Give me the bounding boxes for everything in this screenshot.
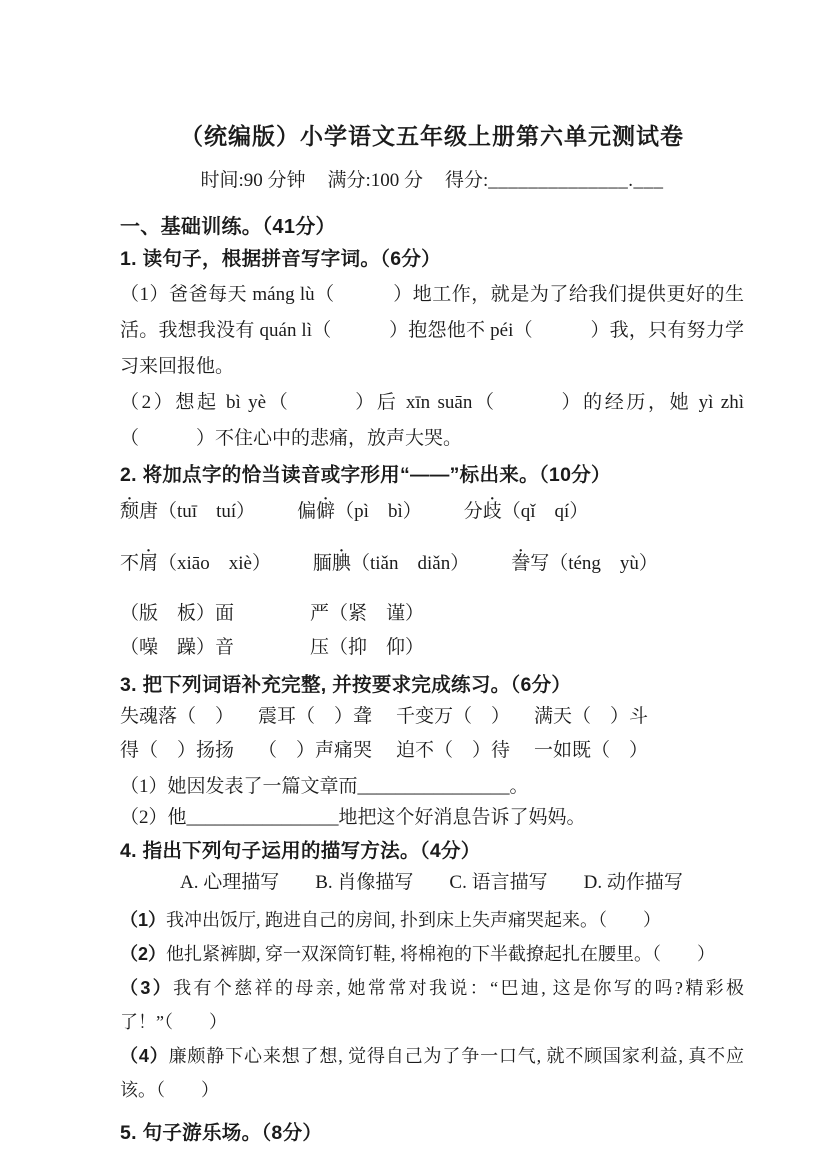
- meta-score: 得分:______________.___: [445, 170, 664, 191]
- q3-word: 满天（ ）斗: [534, 703, 648, 730]
- q3-item-2: （2）他________________地把这个好消息告诉了妈妈。: [120, 802, 744, 833]
- q3-item-1: （1）她因发表了一篇文章而________________。: [120, 771, 744, 802]
- meta-score-blank: ______________.___: [488, 170, 663, 191]
- q4-item-number: （4）: [120, 1046, 169, 1066]
- q3-word: 千变万（ ）: [396, 703, 510, 730]
- q2-word: 严（紧 谨）: [310, 601, 424, 627]
- dot-above-mark: 颓: [120, 497, 139, 527]
- paper-meta-line: 时间:90 分钟满分:100 分得分:______________.___: [120, 165, 744, 192]
- q4-option-c: C. 语言描写: [449, 869, 547, 896]
- dot-above-mark: 腆: [332, 549, 351, 579]
- q2-word: （版 板）面: [120, 601, 310, 627]
- q3-word-row-2: 得（ ）扬扬 （ ）声痛哭 迫不（ ）待 一如既（ ）: [120, 737, 744, 764]
- q3-word: 震耳（ ）聋: [258, 703, 372, 730]
- q4-heading: 4. 指出下列句子运用的描写方法。（4分）: [120, 835, 744, 863]
- q3-heading: 3. 把下列词语补充完整, 并按要求完成练习。（6分）: [120, 669, 744, 697]
- q4-item-3: （3）我有个慈祥的母亲, 她常常对我说：“巴迪, 这是你写的吗?精彩极了！”（ …: [120, 971, 744, 1039]
- q4-item-2: （2）他扎紧裤脚, 穿一双深筒钉鞋, 将棉袍的下半截撩起扎在腰里。（ ）: [120, 937, 744, 971]
- q3-word-row-1: 失魂落（ ） 震耳（ ）聋 千变万（ ） 满天（ ）斗: [120, 703, 744, 730]
- q2-word: 颓唐（tuī tuí）: [120, 497, 255, 527]
- q3-word: 迫不（ ）待: [396, 737, 510, 764]
- q4-item-4: （4）廉颇静下心来想了想, 觉得自己为了争一口气, 就不顾国家利益, 真不应该。…: [120, 1039, 744, 1107]
- q4-item-text: 他扎紧裤脚, 穿一双深筒钉鞋, 将棉袍的下半截撩起扎在腰里。（ ）: [166, 944, 715, 964]
- q3-word: 一如既（ ）: [534, 737, 648, 764]
- q2-word: 压（抑 仰）: [310, 635, 424, 661]
- q4-item-1: （1）我冲出饭厅, 跑进自己的房间, 扑到床上失声痛哭起来。（ ）: [120, 903, 744, 937]
- meta-score-label: 得分:: [445, 170, 488, 191]
- q4-item-text: 我冲出饭厅, 跑进自己的房间, 扑到床上失声痛哭起来。（ ）: [166, 910, 661, 930]
- q3-word: 失魂落（ ）: [120, 703, 234, 730]
- q2-word-row-3: （版 板）面 严（紧 谨）: [120, 601, 744, 627]
- q2-word-row-2: 不屑（xiāo xiè） 腼腆（tiǎn diǎn） 誊写（téng yù）: [120, 549, 744, 579]
- q2-word: 腼腆（tiǎn diǎn）: [313, 549, 469, 579]
- page-title: （统编版）小学语文五年级上册第六单元测试卷: [120, 118, 744, 151]
- q1-heading: 1. 读句子，根据拼音写字词。（6分）: [120, 243, 744, 271]
- dot-above-mark: 歧: [483, 497, 502, 527]
- q4-option-d: D. 动作描写: [584, 869, 683, 896]
- q4-item-number: （2）: [120, 944, 166, 964]
- q4-item-number: （3）: [120, 978, 173, 998]
- q2-word: （噪 躁）音: [120, 635, 310, 661]
- q4-option-row: A. 心理描写 B. 肖像描写 C. 语言描写 D. 动作描写: [180, 869, 744, 896]
- q2-word: 偏僻（pì bì）: [297, 497, 422, 527]
- q4-item-text: 我有个慈祥的母亲, 她常常对我说：“巴迪, 这是你写的吗?精彩极了！”（ ）: [120, 978, 744, 1032]
- q2-word-row-1: 颓唐（tuī tuí） 偏僻（pì bì） 分歧（qǐ qí）: [120, 497, 744, 527]
- meta-full-score: 满分:100 分: [327, 170, 423, 191]
- q4-option-a: A. 心理描写: [180, 869, 279, 896]
- q2-heading: 2. 将加点字的恰当读音或字形用“——”标出来。（10分）: [120, 459, 744, 487]
- q3-word: 得（ ）扬扬: [120, 737, 234, 764]
- q4-option-b: B. 肖像描写: [315, 869, 413, 896]
- dot-above-mark: 誊: [511, 549, 530, 579]
- dot-above-mark: 僻: [316, 497, 335, 527]
- q4-item-text: 廉颇静下心来想了想, 觉得自己为了争一口气, 就不顾国家利益, 真不应该。（ ）: [120, 1046, 744, 1100]
- q3-word: （ ）声痛哭: [258, 737, 372, 764]
- q2-word: 不屑（xiāo xiè）: [120, 549, 271, 579]
- q2-word: 分歧（qǐ qí）: [464, 497, 589, 527]
- meta-time: 时间:90 分钟: [200, 170, 305, 191]
- section1-heading: 一、基础训练。（41分）: [120, 210, 744, 239]
- q5-heading: 5. 句子游乐场。（8分）: [120, 1117, 744, 1145]
- q1-item-1: （1）爸爸每天 máng lù（ ）地工作，就是为了给我们提供更好的生活。我想我…: [120, 277, 744, 385]
- q1-item-2: （2）想起 bì yè（ ）后 xīn suān（ ）的经历，她 yì zhì（…: [120, 385, 744, 457]
- q2-word-row-4: （噪 躁）音 压（抑 仰）: [120, 635, 744, 661]
- q2-word: 誊写（téng yù）: [511, 549, 658, 579]
- test-paper-page: （统编版）小学语文五年级上册第六单元测试卷 时间:90 分钟满分:100 分得分…: [0, 0, 826, 1169]
- q4-item-number: （1）: [120, 910, 166, 930]
- dot-above-mark: 屑: [139, 549, 158, 579]
